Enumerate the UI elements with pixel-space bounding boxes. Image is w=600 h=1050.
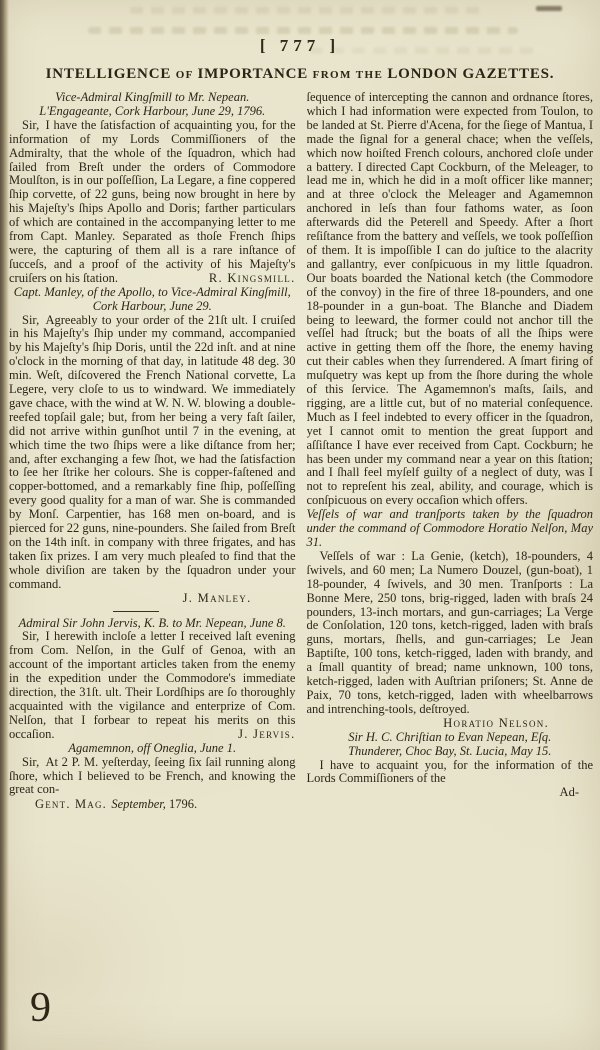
body-paragraph: Sir, Agreeably to your order of the 21ſt… <box>9 314 296 592</box>
page-header: [ 777 ] INTELLIGENCE of IMPORTANCE from … <box>0 0 600 83</box>
signature-line: Horatio Nelson. <box>307 717 594 731</box>
section-heading-italic: Thunderer, Choc Bay, St. Lucia, May 15. <box>307 745 594 759</box>
body-paragraph: I have to acquaint you, for the informat… <box>307 759 594 787</box>
divider-rule <box>113 611 159 612</box>
signature-inline: J. Jervis. <box>225 728 295 742</box>
catchword: Ad- <box>307 786 594 800</box>
title-segment: IMPORTANCE <box>198 66 313 82</box>
issue-month: September, <box>111 797 169 811</box>
signature-inline: R. Kingsmill. <box>196 272 296 286</box>
section-heading-italic: Vice-Admiral Kingſmill to Mr. Nepean. <box>9 91 296 105</box>
body-paragraph: Sir, At 2 P. M. yeſterday, ſeeing ſix ſa… <box>9 756 296 798</box>
binding-edge <box>0 0 9 1050</box>
title-segment: INTELLIGENCE <box>46 66 176 82</box>
page-number: [ 777 ] <box>0 36 600 56</box>
signature-line: J. Manley. <box>9 592 296 606</box>
left-column: Vice-Admiral Kingſmill to Mr. Nepean.L'E… <box>9 91 296 812</box>
text-columns: Vice-Admiral Kingſmill to Mr. Nepean.L'E… <box>0 83 600 812</box>
body-paragraph: Sir, I have the ſatisfaction of acquaint… <box>9 119 296 286</box>
title-segment: LONDON GAZETTES. <box>387 66 554 82</box>
title-segment: of <box>176 69 198 81</box>
section-heading-italic: L'Engageante, Cork Harbour, June 29, 179… <box>9 105 296 119</box>
section-heading-italic: Agamemnon, off Oneglia, June 1. <box>9 742 296 756</box>
body-paragraph: Veſſels of war : La Genie, (ketch), 18-p… <box>307 550 594 717</box>
section-heading-italic: Admiral Sir John Jervis, K. B. to Mr. Ne… <box>9 617 296 631</box>
section-heading-italic: Sir H. C. Chriſtian to Evan Nepean, Eſq. <box>307 731 594 745</box>
magazine-footer-line: Gent. Mag. September, 1796. <box>9 798 296 812</box>
gathering-signature-mark: 9 <box>30 984 51 1032</box>
magazine-name: Gent. Mag. <box>35 797 111 811</box>
right-column: ſequence of intercepting the cannon and … <box>307 91 594 800</box>
issue-year: 1796. <box>169 797 197 811</box>
title-segment: from the <box>313 69 388 81</box>
body-paragraph: Sir, I herewith incloſe a letter I recei… <box>9 630 296 741</box>
body-paragraph: ſequence of intercepting the cannon and … <box>307 91 594 508</box>
list-heading-italic: Veſſels of war and tranſports taken by t… <box>307 508 594 550</box>
magazine-page: [ 777 ] INTELLIGENCE of IMPORTANCE from … <box>0 0 600 1050</box>
section-heading-italic: Capt. Manley, of the Apollo, to Vice-Adm… <box>9 286 296 314</box>
page-title: INTELLIGENCE of IMPORTANCE from the LOND… <box>0 65 600 83</box>
